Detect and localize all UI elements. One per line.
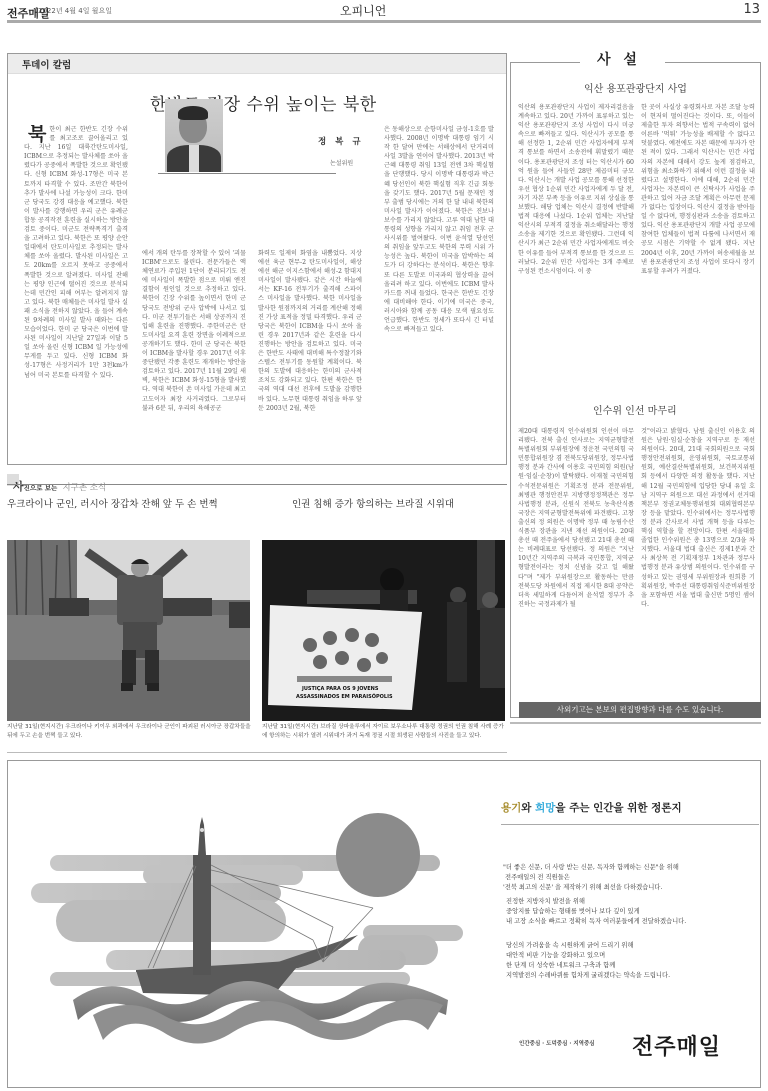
editorial1-col2: 한 곳이 사실상 유령회사로 자본 조달 능력이 현저히 떨어진다는 것이다. … (641, 103, 755, 327)
svg-text:JUSTIÇA PARA OS 9 JOVENS: JUSTIÇA PARA OS 9 JOVENS (301, 686, 379, 692)
ad-paragraph-3: 당신의 가려움을 속 시원하게 긁어 드리기 위해 대안적 비판 기능을 강화하… (506, 941, 670, 981)
masthead-rule (7, 20, 761, 23)
author-name: 정 복 규 (318, 135, 364, 147)
dropcap: 북 (28, 125, 46, 143)
today-column-label: 투데이 칼럼 (22, 57, 71, 71)
photo1-title: 우크라이나 군인, 러시아 장갑차 잔해 앞 두 손 번쩍 (7, 496, 218, 510)
page-number: 13 (743, 2, 760, 17)
author-portrait (165, 99, 223, 172)
ship-illustration-icon (28, 800, 468, 1064)
editorial-top-rule-left (510, 62, 580, 63)
photo-ukraine-soldier (7, 540, 250, 721)
photo-brazil-protest: JUSTIÇA PARA OS 9 JOVENS ASSASSINADOS EM… (262, 540, 505, 721)
masthead-date: 2022년 4월 4일 월요일 (38, 6, 112, 16)
editorial1-col1: 익산의 용포관광단지 사업이 제자리걸음을 계속하고 있다. 20년 가까이 표… (518, 103, 634, 327)
column-body-col1: 북한이 최근 한반도 긴장 수위를 최고조로 끌어올리고 있다. 지난 16일 … (24, 125, 128, 459)
column-body-col2: 에서 개의 탄두를 장착할 수 있어 '괴물 ICBM'으로도 불린다. 전문가… (142, 249, 246, 459)
ad-slogan: 용기와 희망을 주는 인간을 위한 정론지 (501, 800, 682, 815)
editorial-notice: 사외기고는 본보의 편집방향과 다를 수도 있습니다. (519, 702, 761, 718)
editorial-top-rule-right (665, 62, 761, 63)
editorial2-title: 인수위 인선 마무리 (593, 402, 677, 417)
photo-news-bottom-rule (7, 752, 507, 753)
byline-rule (158, 173, 336, 174)
editorial-bottom-rule (510, 722, 761, 724)
svg-text:ASSASSINADOS EM PARAISÓPOLIS: ASSASSINADOS EM PARAISÓPOLIS (296, 693, 393, 700)
ad-paragraph-2: 진정한 지방자치 발전을 위해 중앙지를 답습하는 형태를 벗어나 보다 깊이 … (506, 897, 686, 927)
ad-slogan-rule (501, 824, 759, 825)
photo2-title: 인권 침해 증가 항의하는 브라질 시위대 (292, 496, 454, 510)
editorial2-col1: 제20대 대통령직 인수위원회 인선이 마무리됐다. 전북 출신 인사로는 지역… (518, 427, 634, 697)
column-body-col3: 화력도 일제히 화염을 내뿜었다. 지상에선 육군 현무-2 탄도미사일이, 해… (258, 249, 362, 459)
today-column-header: 투데이 칼럼 (8, 54, 506, 74)
author-role: 논설위원 (330, 158, 353, 167)
editorial2-col2: 것"이라고 밝혔다. 남원 출신인 이용호 의원은 남원·임실·순창을 지역구로… (641, 427, 755, 697)
photo2-caption: 지난달 31일(현지시간) 브라질 상파울루에서 자이르 보우소나루 대통령 정… (262, 723, 506, 740)
photo-news-rule (7, 484, 507, 485)
photo1-caption: 지난달 31일(현지시간) 우크라이나 키이우 외곽에서 우크라이나 군인이 파… (7, 723, 251, 740)
ad-paragraph-1: "더 좋은 신문, 더 사랑 받는 신문, 독자와 함께하는 신문"을 위해 전… (503, 863, 679, 893)
section-title: 오피니언 (340, 2, 386, 19)
ad-logo: 전주매일 (632, 1030, 721, 1061)
column-body-col4: 은 동해상으로 순항미사일 금성-1호를 발사했다. 2008년 이명박 대통령… (384, 125, 494, 459)
editorial1-title: 익산 용포관광단지 사업 (584, 80, 687, 95)
editorial-label: 사 설 (597, 49, 641, 69)
ad-tagline: 인간중심 · 도덕중심 · 지역중심 (519, 1039, 595, 1047)
